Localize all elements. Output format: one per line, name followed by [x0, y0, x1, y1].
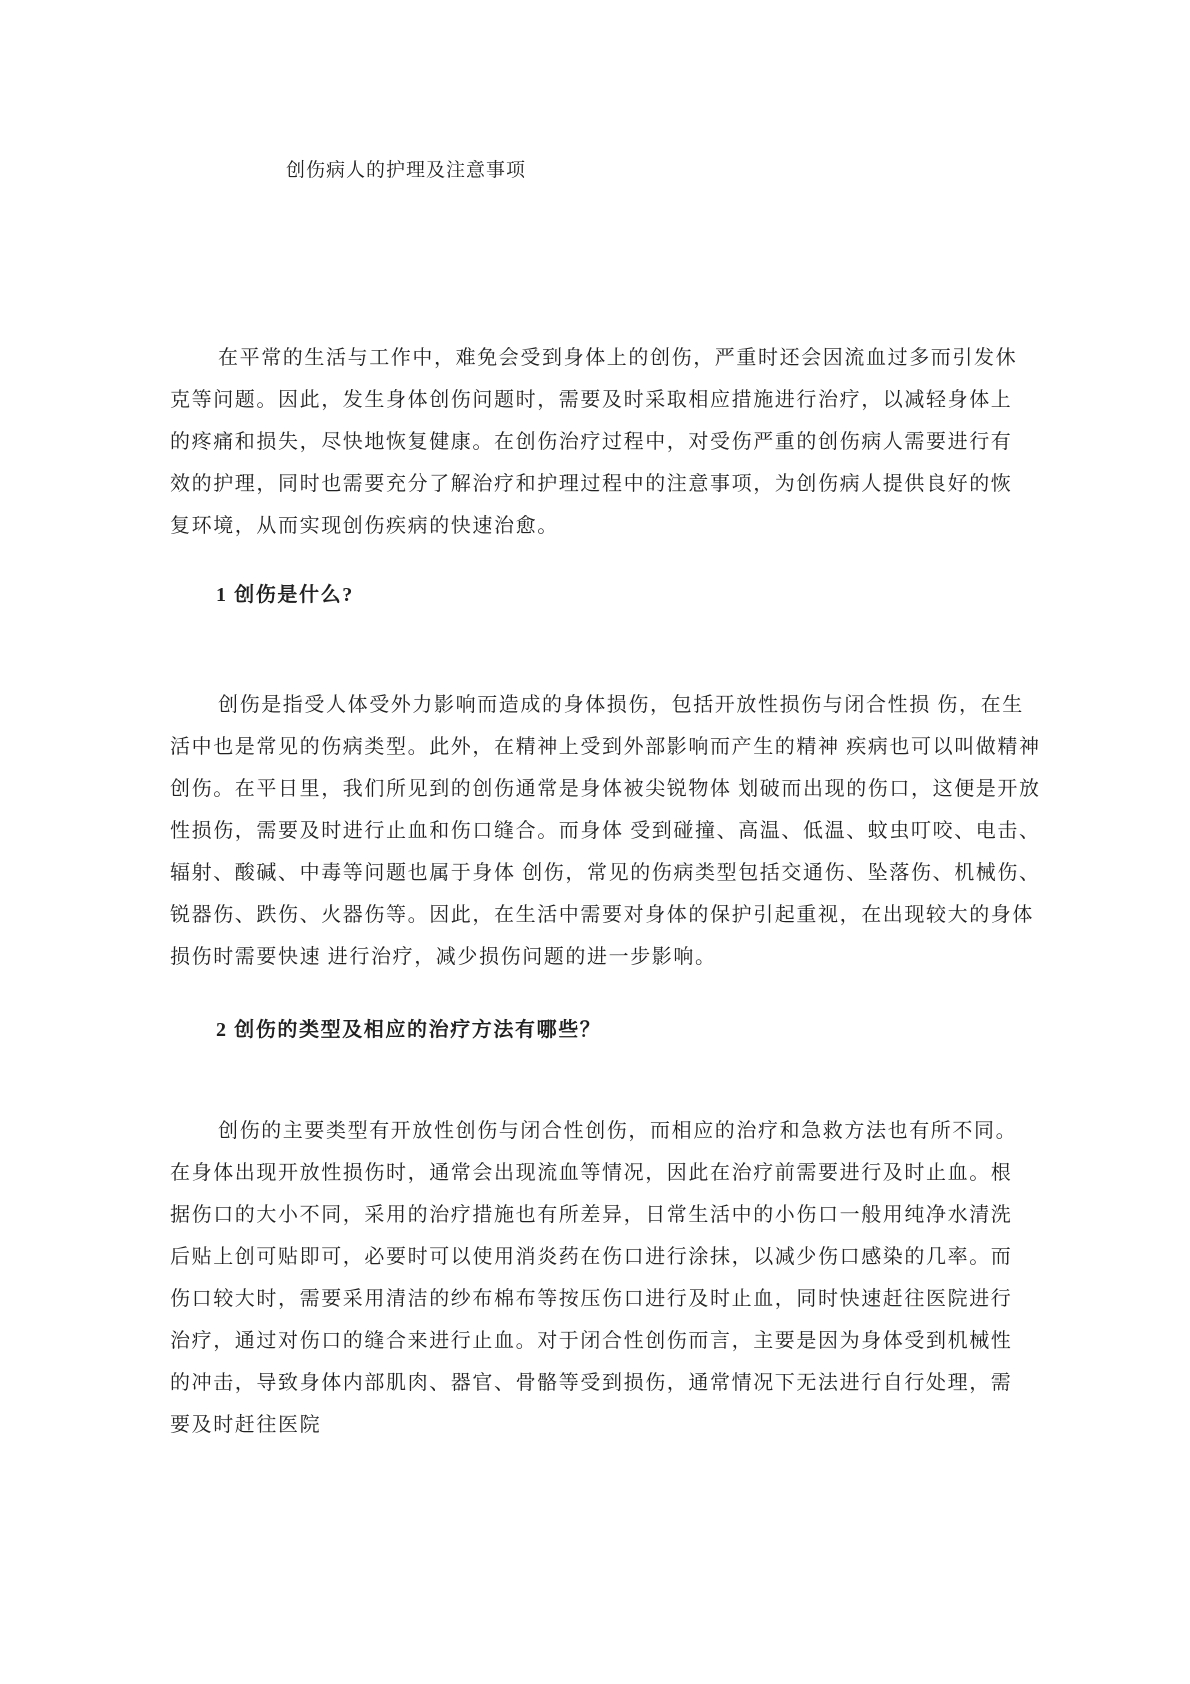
text-line: 在平常的生活与工作中，难免会受到身体上的创伤，严重时还会因流血过多而引发休: [170, 337, 1015, 379]
text-line: 的疼痛和损失，尽快地恢复健康。在创伤治疗过程中，对受伤严重的创伤病人需要进行有: [170, 421, 1015, 463]
text-line: 创伤是指受人体受外力影响而造成的身体损伤，包括开放性损伤与闭合性损 伤，在生: [170, 684, 1015, 726]
text-line: 复环境，从而实现创伤疾病的快速治愈。: [170, 505, 1015, 547]
paragraph-trauma-types-treatment: 创伤的主要类型有开放性创伤与闭合性创伤，而相应的治疗和急救方法也有所不同。在身体…: [170, 1110, 1015, 1446]
text-line: 克等问题。因此，发生身体创伤问题时，需要及时采取相应措施进行治疗，以减轻身体上: [170, 379, 1015, 421]
paragraph-what-is-trauma: 创伤是指受人体受外力影响而造成的身体损伤，包括开放性损伤与闭合性损 伤，在生活中…: [170, 684, 1015, 978]
text-line: 要及时赶往医院: [170, 1404, 1015, 1446]
text-line: 后贴上创可贴即可，必要时可以使用消炎药在伤口进行涂抹，以减少伤口感染的几率。而: [170, 1236, 1015, 1278]
text-line: 辐射、酸碱、中毒等问题也属于身体 创伤，常见的伤病类型包括交通伤、坠落伤、机械伤…: [170, 852, 1015, 894]
text-line: 治疗，通过对伤口的缝合来进行止血。对于闭合性创伤而言，主要是因为身体受到机械性: [170, 1320, 1015, 1362]
text-line: 创伤。在平日里，我们所见到的创伤通常是身体被尖锐物体 划破而出现的伤口，这便是开…: [170, 768, 1015, 810]
text-line: 伤口较大时，需要采用清洁的纱布棉布等按压伤口进行及时止血，同时快速赶往医院进行: [170, 1278, 1015, 1320]
text-line: 锐器伤、跌伤、火器伤等。因此，在生活中需要对身体的保护引起重视，在出现较大的身体: [170, 894, 1015, 936]
paragraph-intro: 在平常的生活与工作中，难免会受到身体上的创伤，严重时还会因流血过多而引发休克等问…: [170, 337, 1015, 547]
text-line: 在身体出现开放性损伤时，通常会出现流血等情况，因此在治疗前需要进行及时止血。根: [170, 1152, 1015, 1194]
text-line: 的冲击，导致身体内部肌肉、器官、骨骼等受到损伤，通常情况下无法进行自行处理，需: [170, 1362, 1015, 1404]
document-title: 创伤病人的护理及注意事项: [286, 160, 1190, 182]
text-line: 创伤的主要类型有开放性创伤与闭合性创伤，而相应的治疗和急救方法也有所不同。: [170, 1110, 1015, 1152]
text-line: 性损伤，需要及时进行止血和伤口缝合。而身体 受到碰撞、高温、低温、蚊虫叮咬、电击…: [170, 810, 1015, 852]
section-heading-1: 1 创伤是什么?: [170, 581, 1190, 609]
text-line: 据伤口的大小不同，采用的治疗措施也有所差异，日常生活中的小伤口一般用纯净水清洗: [170, 1194, 1015, 1236]
section-heading-2: 2 创伤的类型及相应的治疗方法有哪些？: [170, 1016, 1190, 1044]
text-line: 效的护理，同时也需要充分了解治疗和护理过程中的注意事项，为创伤病人提供良好的恢: [170, 463, 1015, 505]
document-page: 创伤病人的护理及注意事项 在平常的生活与工作中，难免会受到身体上的创伤，严重时还…: [0, 0, 1190, 1684]
text-line: 损伤时需要快速 进行治疗，减少损伤问题的进一步影响。: [170, 936, 1015, 978]
text-line: 活中也是常见的伤病类型。此外，在精神上受到外部影响而产生的精神 疾病也可以叫做精…: [170, 726, 1015, 768]
